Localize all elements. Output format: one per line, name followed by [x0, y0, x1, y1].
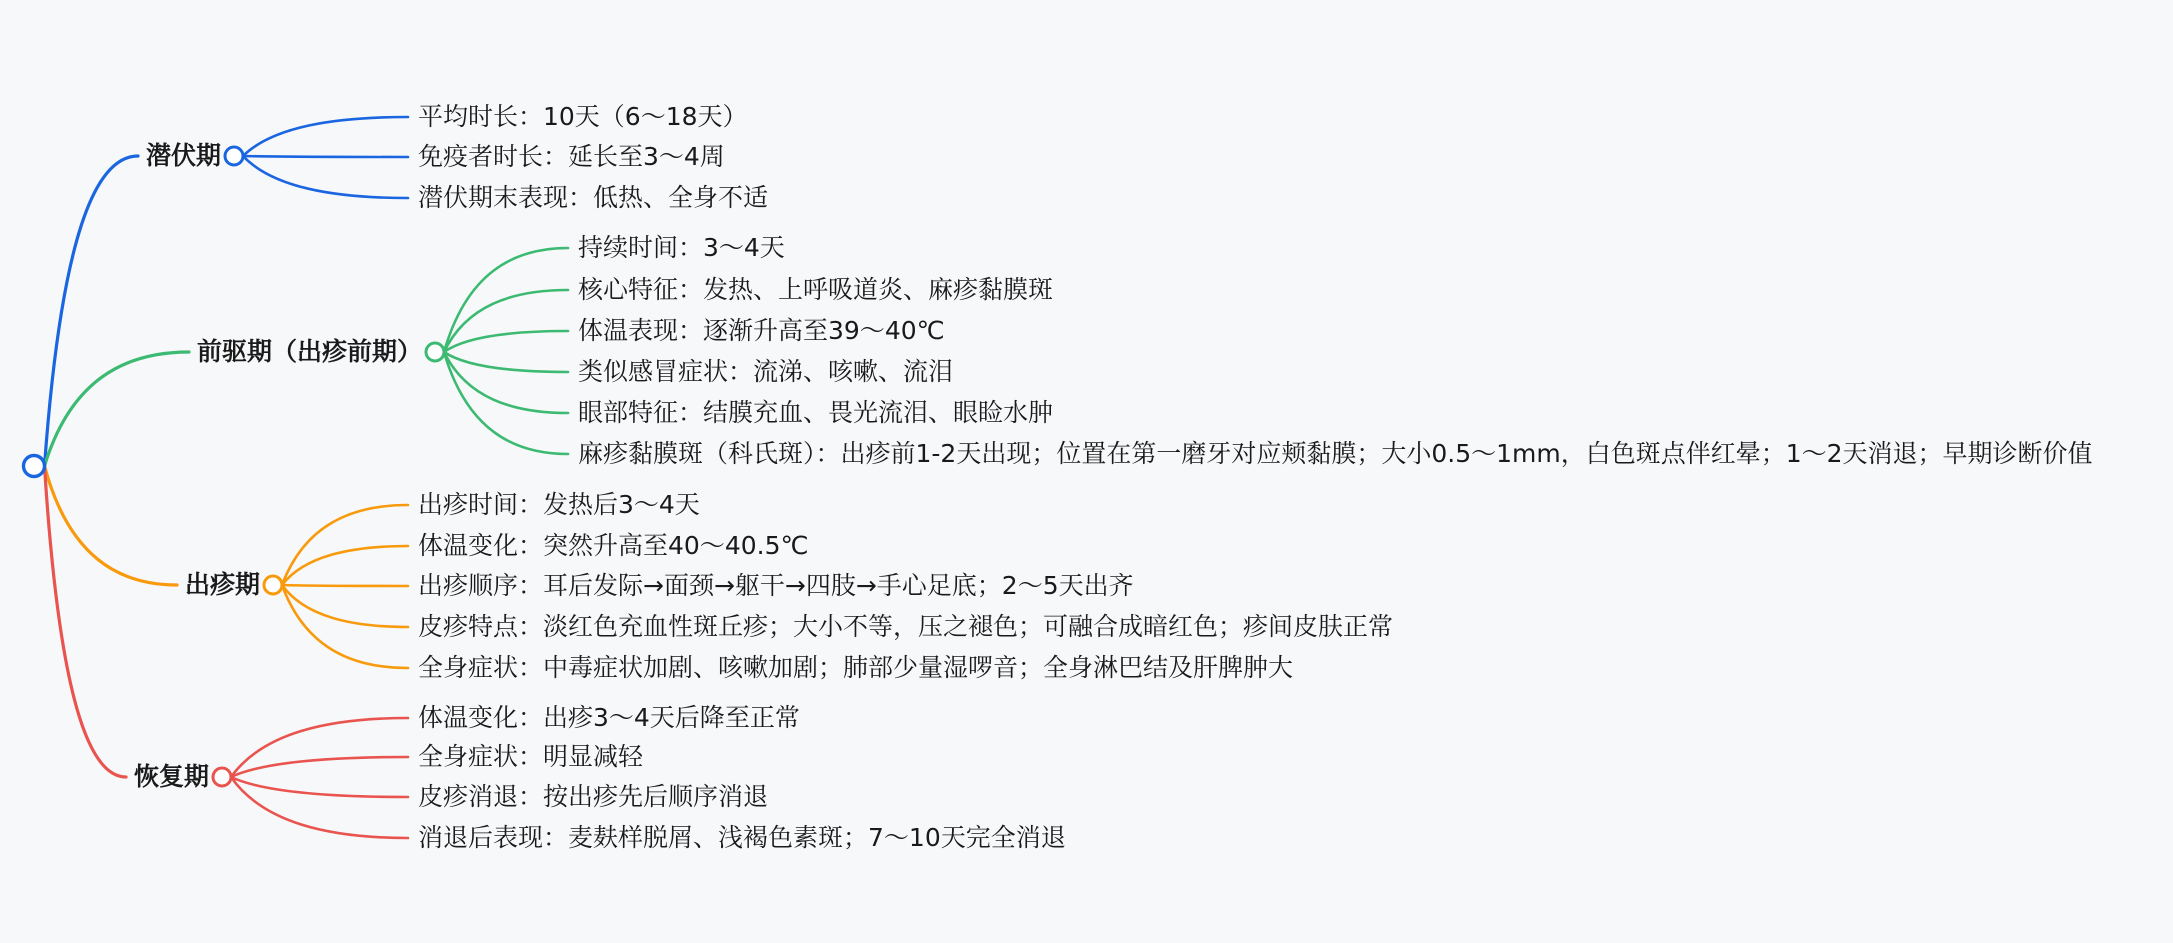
leaf-node[interactable]: 皮疹特点：淡红色充血性斑丘疹；大小不等，压之褪色；可融合成暗红色；疹间皮肤正常: [418, 609, 1393, 645]
leaf-node[interactable]: 出疹顺序：耳后发际→面颈→躯干→四肢→手心足底；2～5天出齐: [418, 568, 1134, 604]
leaf-node[interactable]: 体温表现：逐渐升高至39～40℃: [578, 313, 945, 349]
branch-node-handle[interactable]: [426, 343, 444, 361]
leaf-connector: [444, 352, 568, 372]
leaf-node[interactable]: 消退后表现：麦麸样脱屑、浅褐色素斑；7～10天完全消退: [418, 820, 1066, 856]
branch-node-handle[interactable]: [213, 768, 231, 786]
leaf-node[interactable]: 眼部特征：结膜充血、畏光流泪、眼睑水肿: [578, 395, 1053, 431]
leaf-node[interactable]: 持续时间：3～4天: [578, 230, 785, 266]
branch-connector: [45, 156, 139, 466]
leaf-node[interactable]: 全身症状：明显减轻: [418, 739, 643, 775]
leaf-connector: [444, 331, 568, 352]
leaf-connector: [231, 757, 408, 777]
leaf-connector: [243, 156, 408, 198]
leaf-connector: [282, 585, 408, 586]
leaf-connector: [282, 505, 408, 585]
leaf-node[interactable]: 麻疹黏膜斑（科氏斑）：出疹前1-2天出现；位置在第一磨牙对应颊黏膜；大小0.5～…: [578, 436, 2093, 472]
leaf-node[interactable]: 平均时长：10天（6～18天）: [418, 99, 748, 135]
root-node-handle[interactable]: [24, 456, 45, 477]
branch-node-3[interactable]: 恢复期: [134, 759, 209, 795]
leaf-node[interactable]: 出疹时间：发热后3～4天: [418, 487, 700, 523]
branch-node-2[interactable]: 出疹期: [185, 567, 260, 603]
leaf-node[interactable]: 体温变化：突然升高至40～40.5℃: [418, 528, 809, 564]
branch-node-1[interactable]: 前驱期（出疹前期）: [197, 334, 422, 370]
branch-node-handle[interactable]: [264, 576, 282, 594]
branch-node-handle[interactable]: [225, 147, 243, 165]
leaf-connector: [243, 156, 408, 157]
branch-connector: [45, 466, 178, 585]
leaf-node[interactable]: 免疫者时长：延长至3～4周: [418, 139, 725, 175]
leaf-node[interactable]: 类似感冒症状：流涕、咳嗽、流泪: [578, 354, 953, 390]
leaf-node[interactable]: 全身症状：中毒症状加剧、咳嗽加剧；肺部少量湿啰音；全身淋巴结及肝脾肿大: [418, 650, 1293, 686]
leaf-node[interactable]: 核心特征：发热、上呼吸道炎、麻疹黏膜斑: [578, 272, 1053, 308]
leaf-connector: [231, 777, 408, 797]
leaf-node[interactable]: 体温变化：出疹3～4天后降至正常: [418, 700, 800, 736]
branch-connector: [45, 352, 190, 466]
branch-connector: [45, 466, 127, 777]
leaf-node[interactable]: 潜伏期末表现：低热、全身不适: [418, 180, 768, 216]
leaf-node[interactable]: 皮疹消退：按出疹先后顺序消退: [418, 779, 768, 815]
mindmap-canvas: 潜伏期平均时长：10天（6～18天）免疫者时长：延长至3～4周潜伏期末表现：低热…: [0, 0, 2173, 943]
branch-node-0[interactable]: 潜伏期: [146, 138, 221, 174]
leaf-connector: [243, 117, 408, 156]
